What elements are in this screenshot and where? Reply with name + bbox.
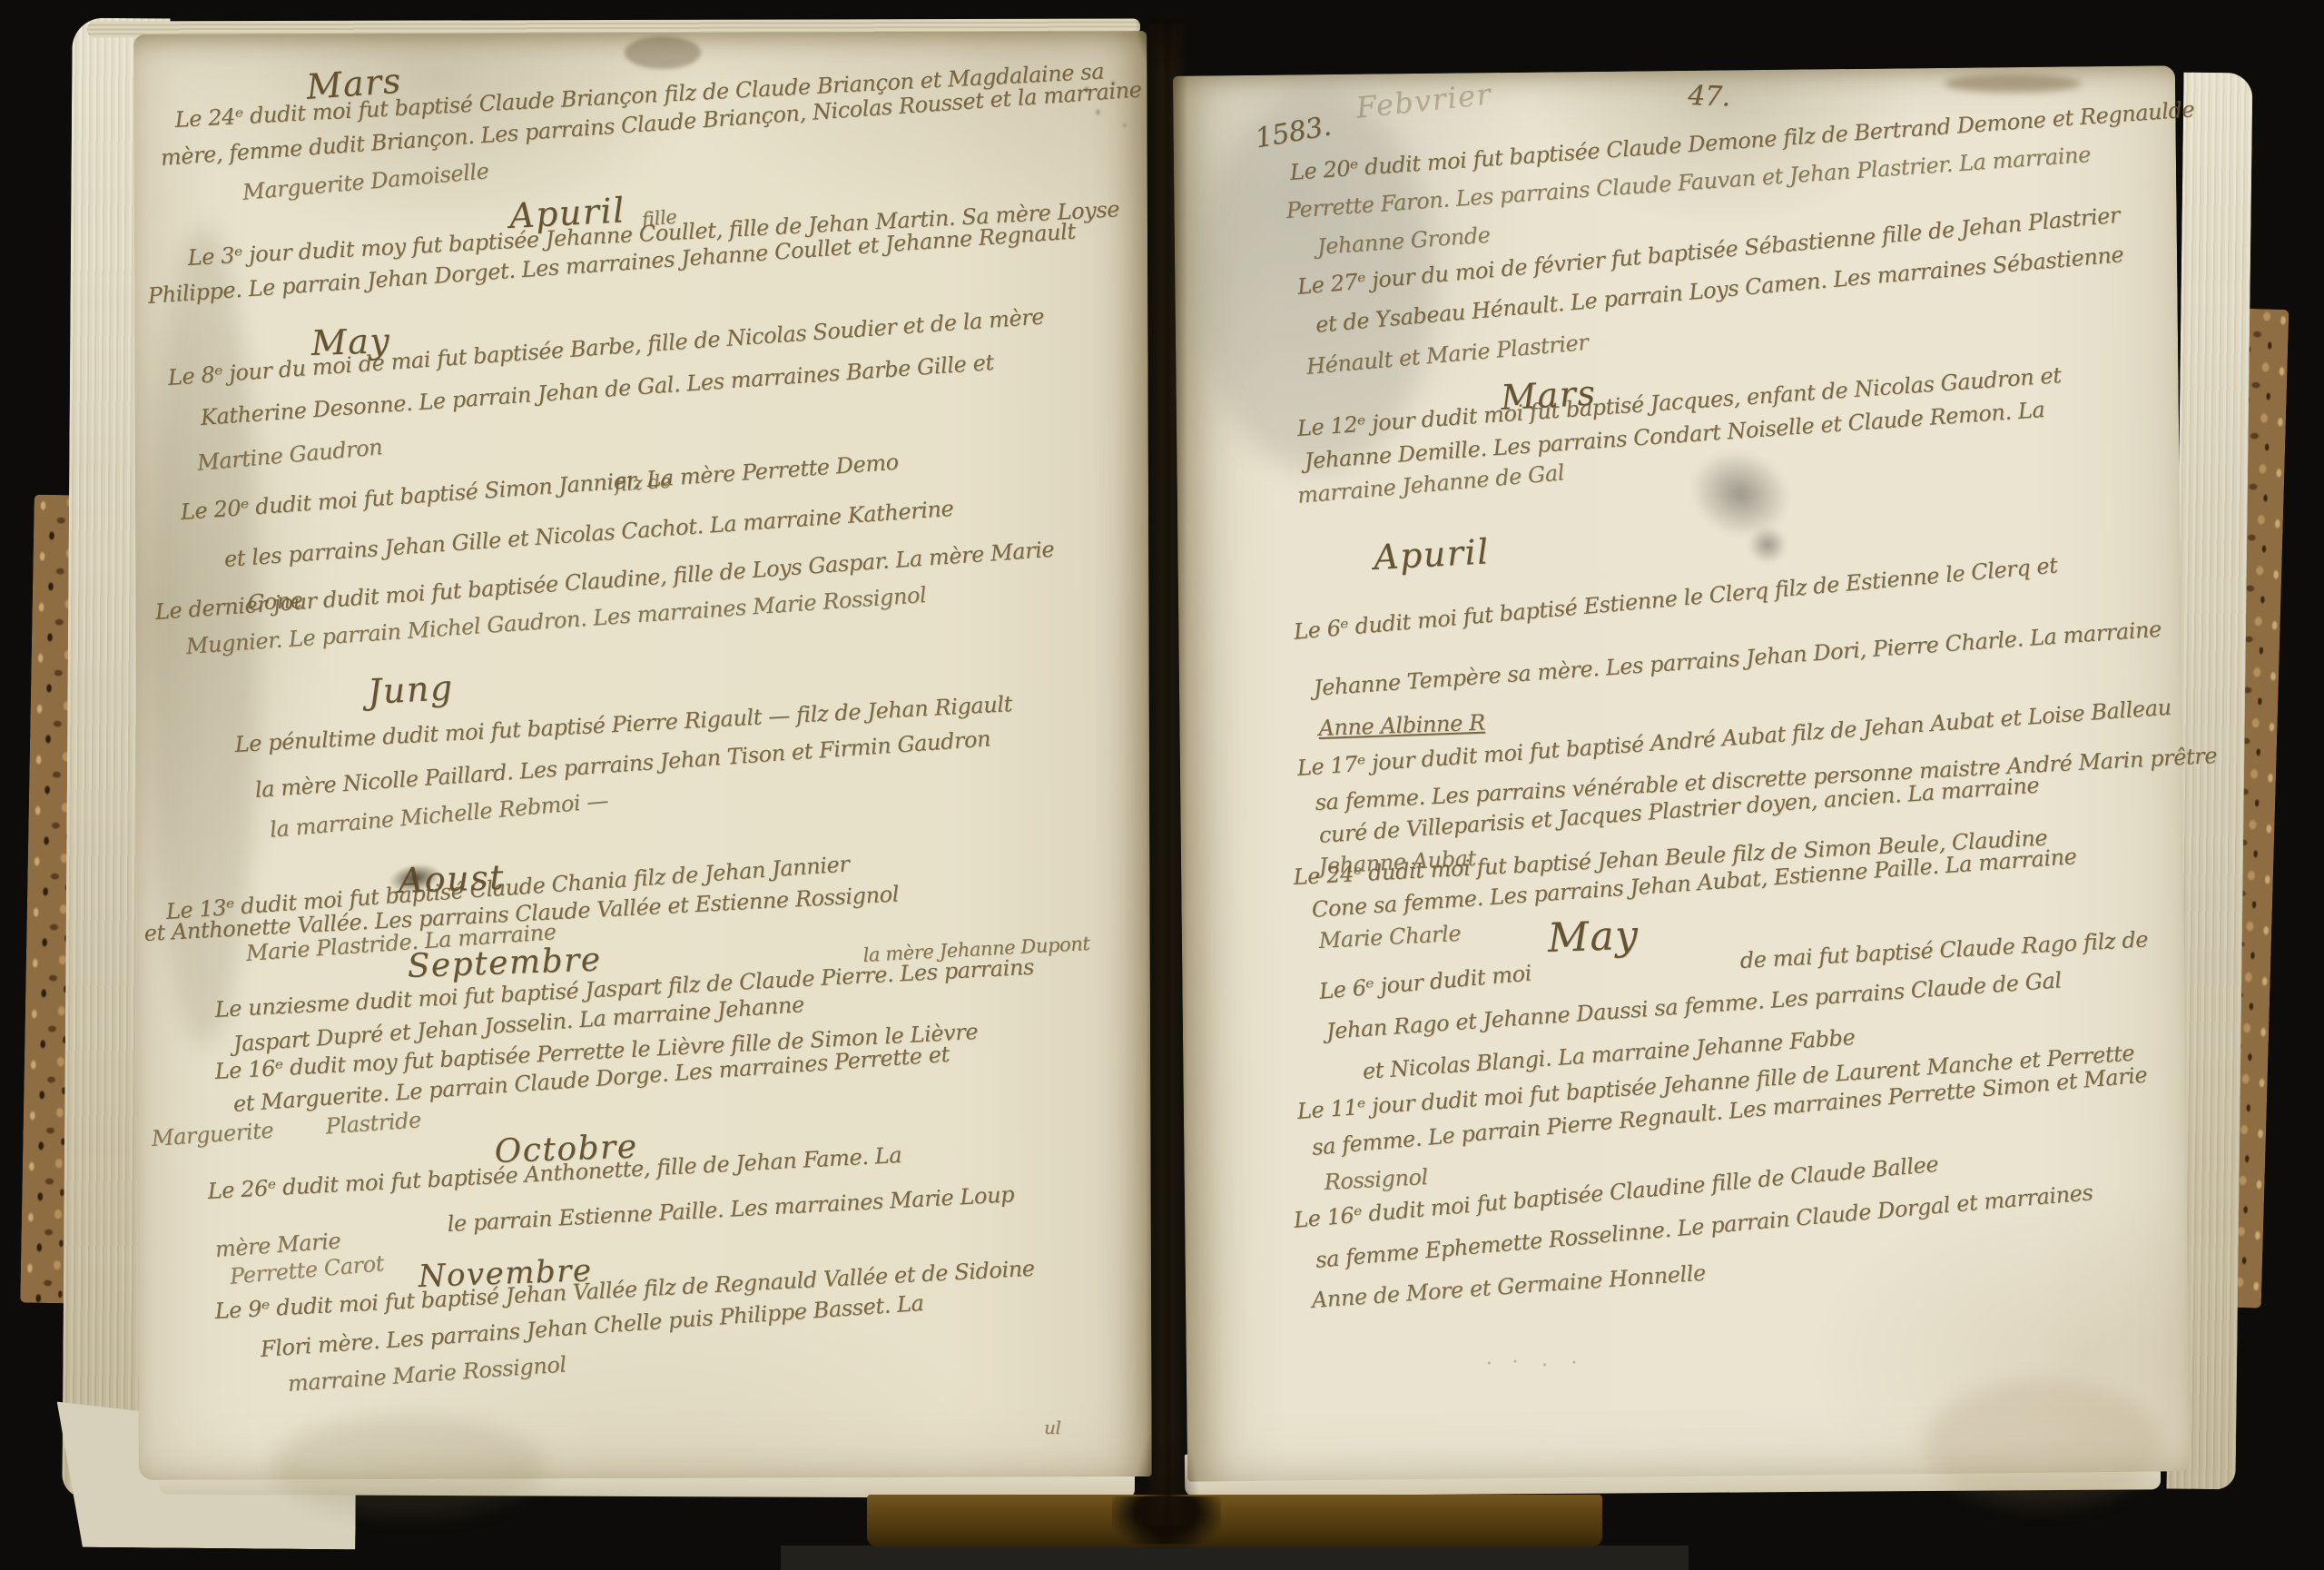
gutter-top-shadow	[1124, 16, 1210, 98]
month-heading: Apuril	[1373, 531, 1491, 578]
book-photo: { "manuscript": { "year_marginal": "1583…	[0, 0, 2324, 1570]
manuscript-line: Marie Charle	[1318, 921, 1462, 953]
year-marginal: 1583.	[1253, 110, 1334, 154]
gutter-shadow	[1146, 24, 1187, 1526]
manuscript-line: le parrain Estienne Paille. Les marraine…	[447, 1181, 1015, 1237]
month-heading: Febvrier	[1354, 76, 1493, 124]
gutter-bottom-shadow	[1130, 1417, 1203, 1544]
manuscript-line: marraine Marie Rossignol	[287, 1352, 567, 1397]
manuscript-line: Marguerite Damoiselle	[241, 158, 490, 205]
manuscript-line: de mai fut baptisé Claude Rago filz de	[1739, 926, 2149, 973]
folio-number: 47.	[1688, 80, 1731, 114]
manuscript-line: Rossignol	[1324, 1164, 1428, 1195]
manuscript-line: Hénault et Marie Plastrier	[1305, 330, 1589, 380]
manuscript-line: Anne Albinne R	[1318, 710, 1485, 741]
manuscript-line: Marguerite Plastride	[151, 1107, 422, 1151]
manuscript-line: Jehanne Gronde	[1316, 222, 1491, 260]
margin-mark: ul	[1044, 1417, 1060, 1438]
month-heading: May	[1547, 912, 1640, 961]
month-heading: Jung	[367, 667, 455, 712]
manuscript-line: Le 6ᵉ jour dudit moi	[1318, 961, 1532, 1004]
manuscript-line: Martine Gaudron	[196, 434, 383, 476]
